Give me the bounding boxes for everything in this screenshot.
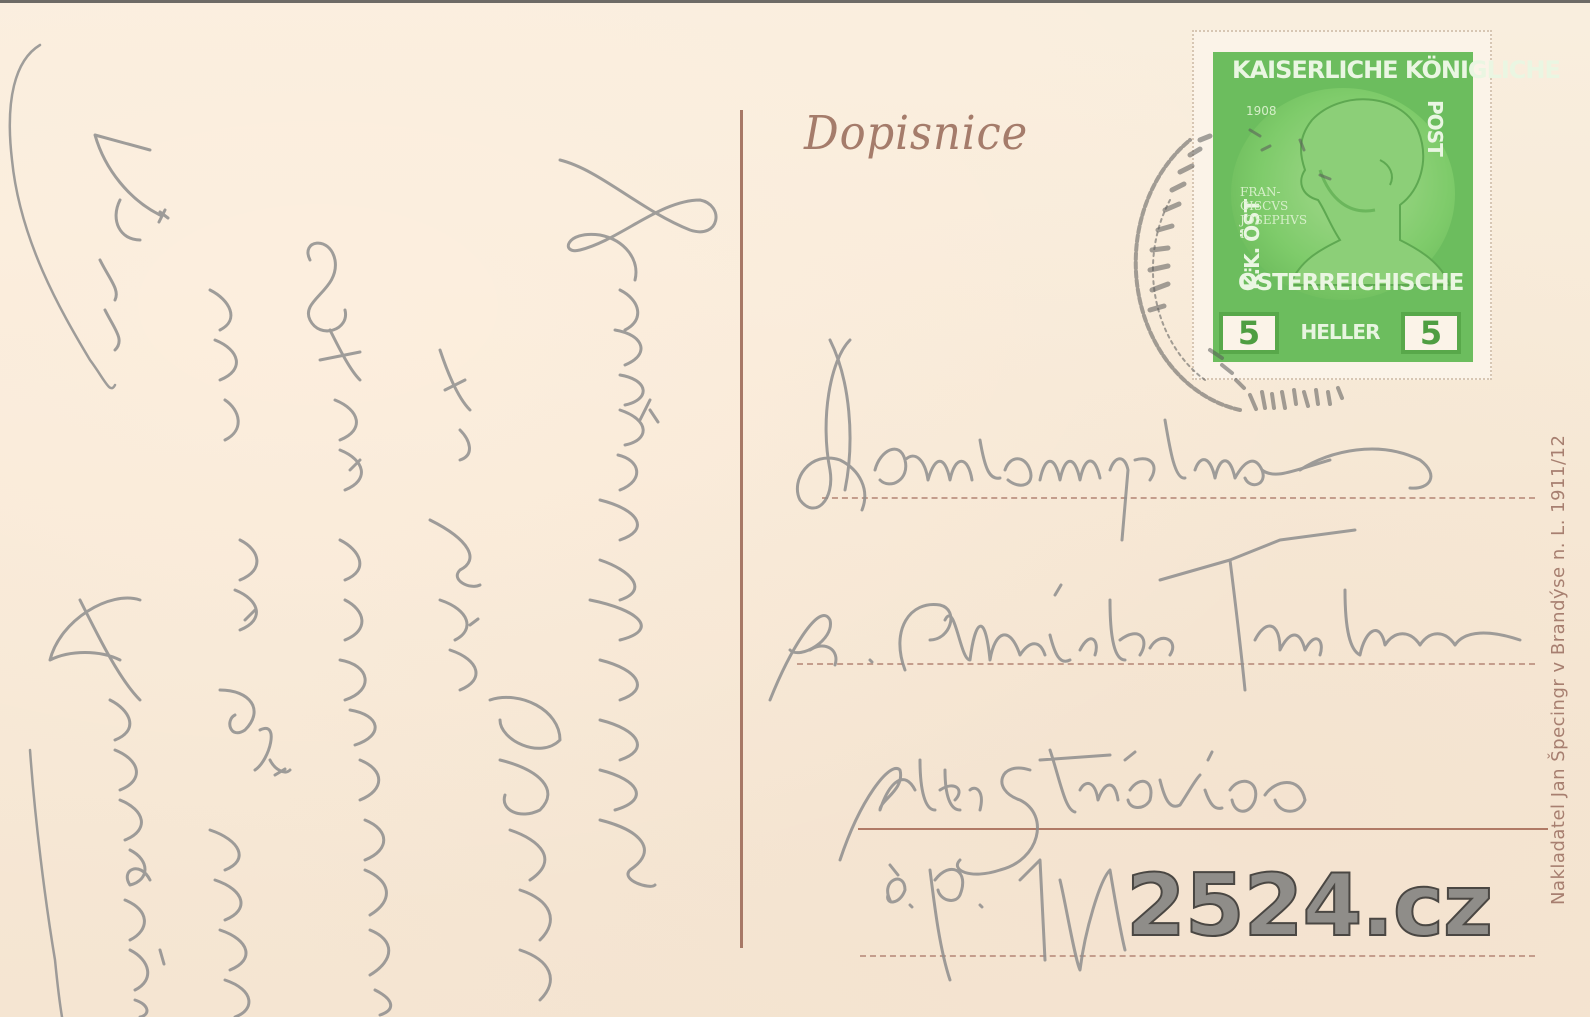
postcard-back: Dopisnice Nakladatel Jan Špecingr v Bran… [0, 0, 1590, 1017]
message-line-4: na vás a vaše manželku [220, 290, 232, 291]
message-line-3: Stále vzpomínáme [320, 240, 329, 241]
signature: Karel Sehnal [80, 600, 87, 601]
message-line-2: ze staré Boleslavi [450, 350, 459, 351]
signature-2: Václav [100, 140, 103, 141]
site-watermark: 2524.cz [1126, 856, 1492, 956]
message-line-1: Srdečný pozdrav [620, 160, 629, 161]
